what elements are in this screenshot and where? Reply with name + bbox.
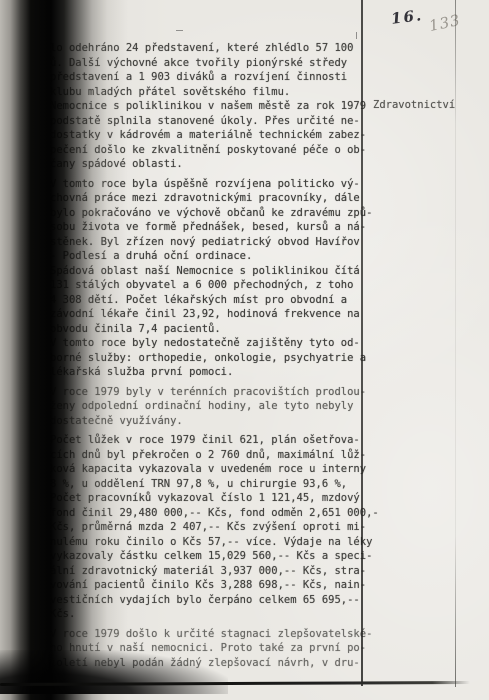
text-line: vestičních vydajích bylo čerpáno celkem … <box>50 593 390 608</box>
text-line: ho hnutí v naší nemocnici. Proto také za… <box>50 641 390 656</box>
text-line: ženy odpolední ordinační hodiny, ale tyt… <box>50 399 390 414</box>
paragraph: V tomto roce byla úspěšně rozvíjena poli… <box>50 177 390 380</box>
text-line: 131 stálých obyvatel a 6 000 přechodných… <box>50 278 390 293</box>
text-line: stěnek. Byl zřízen nový pediatrický obvo… <box>50 235 390 250</box>
text-line: vování pacientů činilo Kčs 3,288 698,-- … <box>50 578 390 593</box>
paragraph: V roce 1979 došlo k určité stagnaci zlep… <box>50 627 390 671</box>
text-line: cích dnů byl překročen o 2 760 dnů, maxi… <box>50 448 390 463</box>
text-line: závodní lékaře činil 23,92, hodinová fre… <box>50 307 390 322</box>
paragraph: V roce 1979 byly v terénních pracovištíc… <box>50 385 390 429</box>
stray-mark <box>176 30 183 31</box>
text-line: podstatě splnila stanovené úkoly. Přes u… <box>50 114 390 129</box>
text-line: chovná práce mezi zdravotnickými pracovn… <box>50 191 390 206</box>
text-line: Počet lůžek v roce 1979 činil 621, plán … <box>50 433 390 448</box>
text-line: Kčs. <box>50 607 390 622</box>
text-line: lo odehráno 24 představení, které zhlédl… <box>50 41 390 56</box>
text-line: bylo pokračováno ve výchově občanů ke zd… <box>50 206 390 221</box>
text-line: čany spádové oblasti. <box>50 157 390 172</box>
text-line: Spádová oblast naší Nemocnice s poliklin… <box>50 264 390 279</box>
page-edge-line <box>455 0 456 687</box>
text-line: dostatky v kádrovém a materiálně technic… <box>50 128 390 143</box>
column-rule-line <box>361 0 363 686</box>
page-number-ink: 16. <box>390 6 424 28</box>
text-line: ková kapacita vykazovala v uvedeném roce… <box>50 462 390 477</box>
paragraph: Počet lůžek v roce 1979 činil 621, plán … <box>50 433 390 622</box>
text-line: - Podlesí a druhá oční ordinace. <box>50 249 390 264</box>
text-line: Kčs, průměrná mzda 2 407,-- Kčs zvýšení … <box>50 520 390 535</box>
text-line: klubu mladých přátel sovětského filmu. <box>50 85 390 100</box>
text-line: představení a 1 903 diváků a rozvíjení č… <box>50 70 390 85</box>
corner-tick-mark <box>356 32 357 39</box>
paragraph: lo odehráno 24 představení, které zhlédl… <box>50 41 390 172</box>
text-line: fond činil 29,480 000,-- Kčs, fond odměn… <box>50 506 390 521</box>
text-line: loletí nebyl podán žádný zlepšovací návr… <box>50 656 390 671</box>
text-line: obvodu činila 7,4 pacientů. <box>50 322 390 337</box>
page-number-pencil: 133 <box>427 11 462 35</box>
text-line: lékařská služba první pomoci. <box>50 365 390 380</box>
text-line: V roce 1979 došlo k určité stagnaci zlep… <box>50 627 390 642</box>
text-line: 8 %, u oddělení TRN 97,8 %, u chirurgie … <box>50 477 390 492</box>
text-line: vykazovaly částku celkem 15,029 560,-- K… <box>50 549 390 564</box>
text-line: dostatečně využívány. <box>50 414 390 429</box>
text-line: Nemocnice s poliklinikou v našem městě z… <box>50 99 390 114</box>
text-line: ů. Další výchovné akce tvořily pionýrské… <box>50 56 390 71</box>
text-line: Počet pracovníků vykazoval číslo 1 121,4… <box>50 491 390 506</box>
text-line: ální zdravotnický materiál 3,937 000,-- … <box>50 564 390 579</box>
text-line: V tomto roce byla úspěšně rozvíjena poli… <box>50 177 390 192</box>
text-line: sobu života ve formě přednášek, besed, k… <box>50 220 390 235</box>
text-line: pečení došlo ke zkvalitnění poskytované … <box>50 143 390 158</box>
text-line: 4 308 dětí. Počet lékařských míst pro ob… <box>50 293 390 308</box>
typewritten-text: lo odehráno 24 představení, které zhlédl… <box>50 41 390 670</box>
text-line: nulému roku činilo o Kčs 57,-- více. Výd… <box>50 535 390 550</box>
text-line: V roce 1979 byly v terénních pracovištíc… <box>50 385 390 400</box>
text-line: V tomto roce byly nedostatečně zajištěny… <box>50 336 390 351</box>
scanned-page: 16. 133 Zdravotnictví lo odehráno 24 pře… <box>0 0 489 700</box>
text-line: borné služby: orthopedie, onkologie, psy… <box>50 351 390 366</box>
bottom-edge-line <box>0 681 470 686</box>
